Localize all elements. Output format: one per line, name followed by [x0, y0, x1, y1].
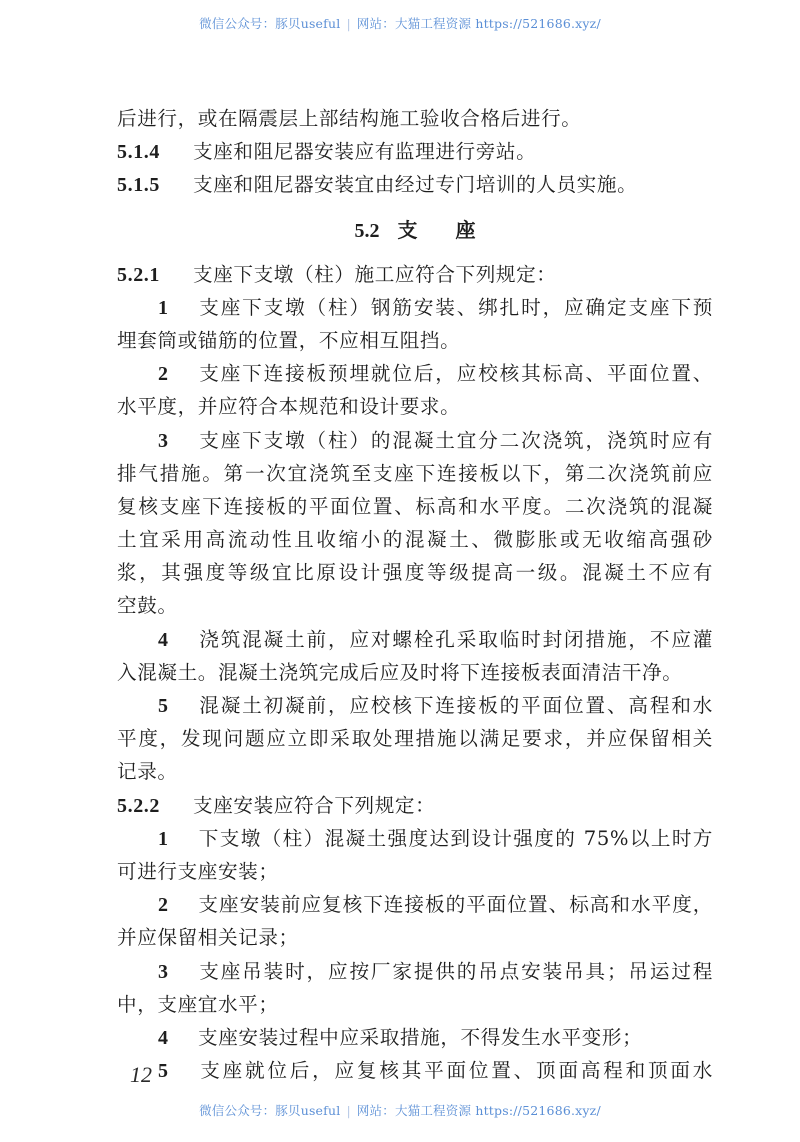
watermark-wechat: 微信公众号：豚贝useful	[199, 16, 340, 31]
clause-number: 5.1.4	[117, 136, 193, 169]
list-item-line: 平度，发现问题应立即采取处理措施以满足要求，并应保留相关	[117, 722, 713, 755]
list-item-line: 4支座安装过程中应采取措施，不得发生水平变形；	[117, 1021, 713, 1054]
item-number: 4	[158, 624, 198, 657]
list-item-line: 中，支座宜水平；	[117, 988, 713, 1021]
item-number: 3	[158, 956, 198, 989]
item-number: 2	[158, 358, 198, 391]
clause-text: 支座安装应符合下列规定：	[193, 794, 435, 817]
item-number: 3	[158, 425, 198, 458]
section-title-char-2: 座	[456, 218, 476, 242]
item-text: 支座下连接板预埋就位后，应校核其标高、平面位置、	[198, 362, 713, 385]
clause-5-2-2: 5.2.2支座安装应符合下列规定：	[117, 789, 713, 822]
section-heading-5-2: 5.2支座	[117, 212, 713, 248]
clause-number: 5.2.2	[117, 790, 193, 823]
item-text: 支座就位后，应复核其平面位置、顶面高程和顶面水	[198, 1059, 713, 1082]
list-item-line: 5混凝土初凝前，应校核下连接板的平面位置、高程和水	[117, 689, 713, 722]
item-text: 浇筑混凝土前，应对螺栓孔采取临时封闭措施，不应灌	[198, 628, 713, 651]
section-title-char-1: 支	[398, 218, 418, 242]
list-item-line: 排气措施。第一次宜浇筑至支座下连接板以下，第二次浇筑前应	[117, 457, 713, 490]
list-item-line: 5支座就位后，应复核其平面位置、顶面高程和顶面水	[117, 1054, 713, 1087]
clause-5-1-5: 5.1.5支座和阻尼器安装宜由经过专门培训的人员实施。	[117, 168, 713, 201]
item-text: 下支墩（柱）混凝土强度达到设计强度的 75%以上时方	[198, 827, 713, 850]
item-number: 2	[158, 889, 198, 922]
watermark-separator: |	[346, 1103, 350, 1118]
page-number: 12	[130, 1062, 152, 1088]
item-number: 1	[158, 823, 198, 856]
clause-5-2-1: 5.2.1支座下支墩（柱）施工应符合下列规定：	[117, 258, 713, 291]
list-item-line: 3支座吊装时，应按厂家提供的吊点安装吊具；吊运过程	[117, 955, 713, 988]
clause-text: 支座和阻尼器安装宜由经过专门培训的人员实施。	[193, 173, 637, 196]
item-text: 支座安装前应复核下连接板的平面位置、标高和水平度，	[198, 893, 713, 916]
list-item-line: 记录。	[117, 755, 713, 788]
watermark-footer: 微信公众号：豚贝useful|网站：大猫工程资源 https://521686.…	[0, 1101, 800, 1119]
item-text: 支座安装过程中应采取措施，不得发生水平变形；	[198, 1026, 642, 1049]
list-item-line: 水平度，并应符合本规范和设计要求。	[117, 390, 713, 423]
item-text: 支座下支墩（柱）钢筋安装、绑扎时，应确定支座下预	[198, 296, 713, 319]
watermark-site: 网站：大猫工程资源 https://521686.xyz/	[357, 1103, 601, 1118]
list-item-line: 浆，其强度等级宜比原设计强度等级提高一级。混凝土不应有	[117, 556, 713, 589]
list-item-line: 2支座下连接板预埋就位后，应校核其标高、平面位置、	[117, 357, 713, 390]
document-page: 后进行，或在隔震层上部结构施工验收合格后进行。 5.1.4支座和阻尼器安装应有监…	[117, 102, 713, 1087]
list-item-line: 空鼓。	[117, 589, 713, 622]
item-text: 支座吊装时，应按厂家提供的吊点安装吊具；吊运过程	[198, 960, 713, 983]
watermark-header: 微信公众号：豚贝useful|网站：大猫工程资源 https://521686.…	[0, 14, 800, 32]
list-item-line: 并应保留相关记录；	[117, 921, 713, 954]
watermark-separator: |	[346, 16, 350, 31]
list-item-line: 1支座下支墩（柱）钢筋安装、绑扎时，应确定支座下预	[117, 291, 713, 324]
section-number: 5.2	[355, 220, 380, 242]
item-text: 支座下支墩（柱）的混凝土宜分二次浇筑，浇筑时应有	[198, 429, 713, 452]
item-number: 1	[158, 292, 198, 325]
item-number: 5	[158, 690, 198, 723]
list-item-line: 2支座安装前应复核下连接板的平面位置、标高和水平度，	[117, 888, 713, 921]
clause-text: 支座下支墩（柱）施工应符合下列规定：	[193, 263, 557, 286]
list-item-line: 土宜采用高流动性且收缩小的混凝土、微膨胀或无收缩高强砂	[117, 523, 713, 556]
continued-text: 后进行，或在隔震层上部结构施工验收合格后进行。	[117, 102, 713, 135]
watermark-site: 网站：大猫工程资源 https://521686.xyz/	[357, 16, 601, 31]
list-item-line: 入混凝土。混凝土浇筑完成后应及时将下连接板表面清洁干净。	[117, 656, 713, 689]
item-text: 混凝土初凝前，应校核下连接板的平面位置、高程和水	[198, 694, 713, 717]
list-item-line: 4浇筑混凝土前，应对螺栓孔采取临时封闭措施，不应灌	[117, 623, 713, 656]
item-number: 4	[158, 1022, 198, 1055]
watermark-wechat: 微信公众号：豚贝useful	[199, 1103, 340, 1118]
clause-number: 5.1.5	[117, 169, 193, 202]
clause-5-1-4: 5.1.4支座和阻尼器安装应有监理进行旁站。	[117, 135, 713, 168]
list-item-line: 1下支墩（柱）混凝土强度达到设计强度的 75%以上时方	[117, 822, 713, 855]
item-number: 5	[158, 1055, 198, 1088]
list-item-line: 可进行支座安装；	[117, 855, 713, 888]
list-item-line: 复核支座下连接板的平面位置、标高和水平度。二次浇筑的混凝	[117, 490, 713, 523]
list-item-line: 3支座下支墩（柱）的混凝土宜分二次浇筑，浇筑时应有	[117, 424, 713, 457]
clause-number: 5.2.1	[117, 259, 193, 292]
list-item-line: 埋套筒或锚筋的位置，不应相互阻挡。	[117, 324, 713, 357]
clause-text: 支座和阻尼器安装应有监理进行旁站。	[193, 140, 536, 163]
